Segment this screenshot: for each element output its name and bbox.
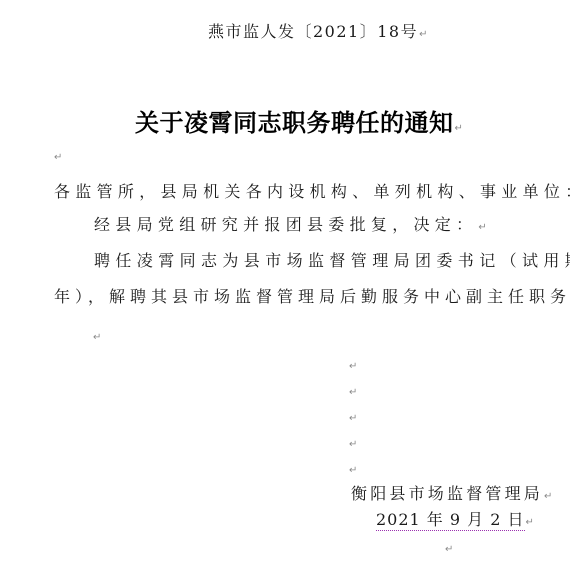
salutation-text: 各监管所，县局机关各内设机构、单列机构、事业单位： [54, 182, 570, 201]
document-title-text: 关于凌霄同志职务聘任的通知 [135, 108, 454, 137]
paragraph-text: 年），解聘其县市场监督管理局后勤服务中心副主任职务。 [54, 287, 570, 306]
salutation: 各监管所，县局机关各内设机构、单列机构、事业单位：↵ [54, 183, 570, 204]
body-paragraph-appointment-line1: 聘任凌霄同志为县市场监督管理局团委书记（试用期一 [94, 252, 570, 270]
empty-paragraph-mark-icon: ↵ [349, 465, 357, 477]
paragraph-mark-icon: ↵ [455, 123, 463, 134]
paragraph-text: 经县局党组研究并报团县委批复，决定： [94, 215, 477, 234]
empty-paragraph-mark-icon: ↵ [445, 544, 453, 556]
signature-organization-text: 衡阳县市场监督管理局 [351, 484, 543, 503]
signature-organization: 衡阳县市场监督管理局↵ [351, 485, 552, 506]
signature-date-text: 2021 年 9 月 2 日 [376, 510, 525, 531]
paragraph-mark-icon: ↵ [544, 491, 552, 502]
empty-paragraph-mark-icon: ↵ [349, 361, 357, 373]
empty-paragraph-mark-icon: ↵ [349, 439, 357, 451]
body-paragraph-decision: 经县局党组研究并报团县委批复，决定：↵ [94, 216, 487, 237]
paragraph-mark-icon: ↵ [526, 517, 534, 528]
document-number-text: 燕市监人发〔2021〕18号 [208, 22, 418, 41]
signature-date: 2021 年 9 月 2 日↵ [376, 511, 534, 532]
empty-paragraph-mark-icon: ↵ [349, 413, 357, 425]
empty-paragraph-mark-icon: ↵ [93, 332, 101, 344]
empty-paragraph-mark-icon: ↵ [54, 152, 62, 164]
body-paragraph-appointment-line2: 年），解聘其县市场监督管理局后勤服务中心副主任职务。↵ [54, 288, 570, 309]
paragraph-mark-icon: ↵ [419, 29, 427, 40]
paragraph-text: 聘任凌霄同志为县市场监督管理局团委书记（试用期一 [94, 251, 570, 270]
document-number: 燕市监人发〔2021〕18号↵ [208, 23, 427, 44]
document-title: 关于凌霄同志职务聘任的通知↵ [135, 110, 463, 142]
empty-paragraph-mark-icon: ↵ [349, 387, 357, 399]
paragraph-mark-icon: ↵ [478, 222, 486, 233]
